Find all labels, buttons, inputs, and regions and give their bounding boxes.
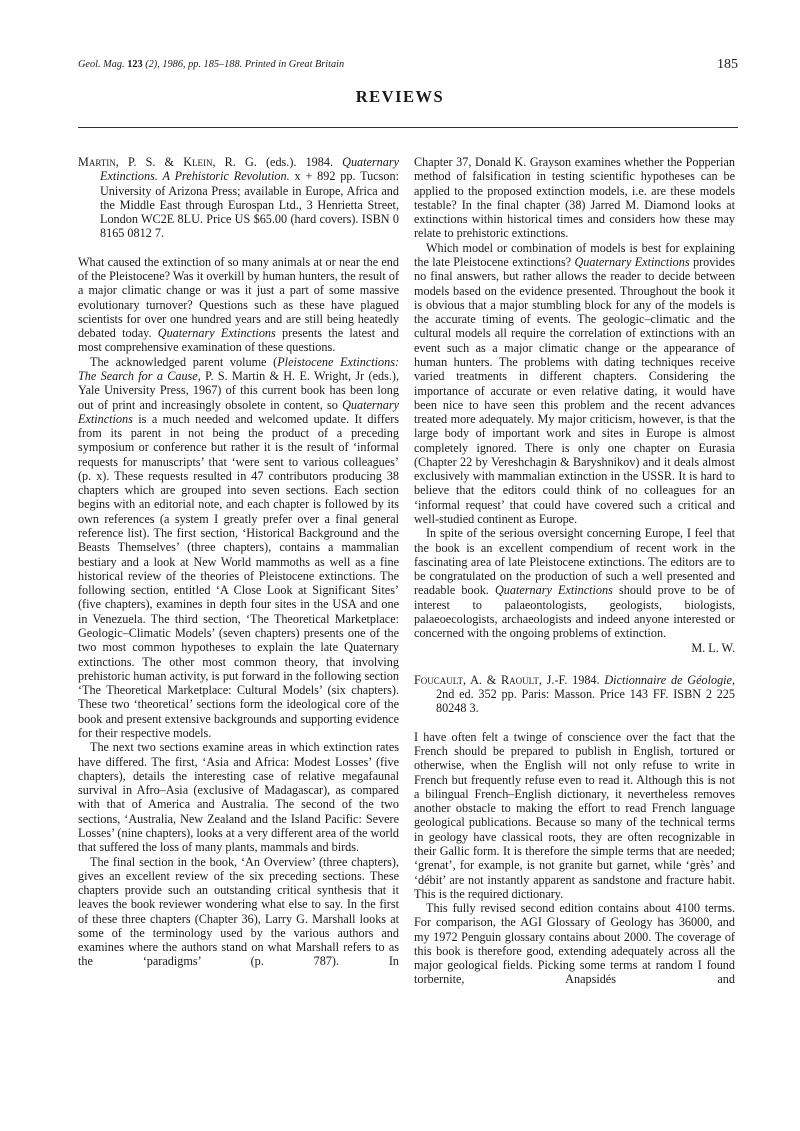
author-name: Foucault bbox=[414, 673, 463, 687]
journal-volume: 123 bbox=[127, 59, 142, 70]
author-initials: , P. S. & bbox=[116, 155, 183, 169]
review1-paragraph-4-start: The final section in the book, ‘An Overv… bbox=[78, 855, 399, 969]
book-title: Dictionnaire de Géologie bbox=[604, 673, 732, 687]
left-column: Martin, P. S. & Klein, R. G. (eds.). 198… bbox=[78, 155, 399, 969]
author-initials: , A. & bbox=[463, 673, 501, 687]
book-title: Quaternary Extinctions bbox=[158, 326, 276, 340]
text: is a much needed and welcomed update. It… bbox=[78, 412, 399, 740]
header-rule bbox=[78, 127, 738, 128]
text: The acknowledged parent volume ( bbox=[90, 355, 277, 369]
book-title: Quaternary Extinctions bbox=[575, 255, 690, 269]
text: provides no final answers, but rather al… bbox=[414, 255, 735, 526]
citation-year: , R. G. (eds.). 1984. bbox=[212, 155, 342, 169]
review2-citation: Foucault, A. & Raoult, J.-F. 1984. Dicti… bbox=[414, 673, 735, 716]
review1-paragraph-5: Which model or combination of models is … bbox=[414, 241, 735, 527]
review2-paragraph-2: This fully revised second edition contai… bbox=[414, 901, 735, 987]
review1-paragraph-4-continued: Chapter 37, Donald K. Grayson examines w… bbox=[414, 155, 735, 241]
review1-paragraph-1: What caused the extinction of so many an… bbox=[78, 255, 399, 355]
review1-citation: Martin, P. S. & Klein, R. G. (eds.). 198… bbox=[78, 155, 399, 241]
reviewer-signature: M. L. W. bbox=[414, 641, 735, 655]
review1-paragraph-3: The next two sections examine areas in w… bbox=[78, 740, 399, 854]
book-title: Quaternary Extinctions bbox=[495, 583, 613, 597]
review1-paragraph-6: In spite of the serious oversight concer… bbox=[414, 526, 735, 640]
citation-year: , J.-F. 1984. bbox=[539, 673, 605, 687]
right-column: Chapter 37, Donald K. Grayson examines w… bbox=[414, 155, 735, 987]
running-head: Geol. Mag. 123 (2), 1986, pp. 185–188. P… bbox=[78, 57, 738, 73]
page-number: 185 bbox=[717, 57, 738, 73]
review2-paragraph-1: I have often felt a twinge of conscience… bbox=[414, 730, 735, 901]
journal-name: Geol. Mag. bbox=[78, 59, 127, 70]
author-name: Klein bbox=[183, 155, 212, 169]
author-name: Martin bbox=[78, 155, 116, 169]
section-title: REVIEWS bbox=[0, 87, 800, 107]
journal-issue-info: (2), 1986, pp. 185–188. Printed in Great… bbox=[143, 59, 345, 70]
review1-paragraph-2: The acknowledged parent volume (Pleistoc… bbox=[78, 355, 399, 741]
author-name: Raoult bbox=[501, 673, 539, 687]
journal-citation: Geol. Mag. 123 (2), 1986, pp. 185–188. P… bbox=[78, 59, 344, 70]
